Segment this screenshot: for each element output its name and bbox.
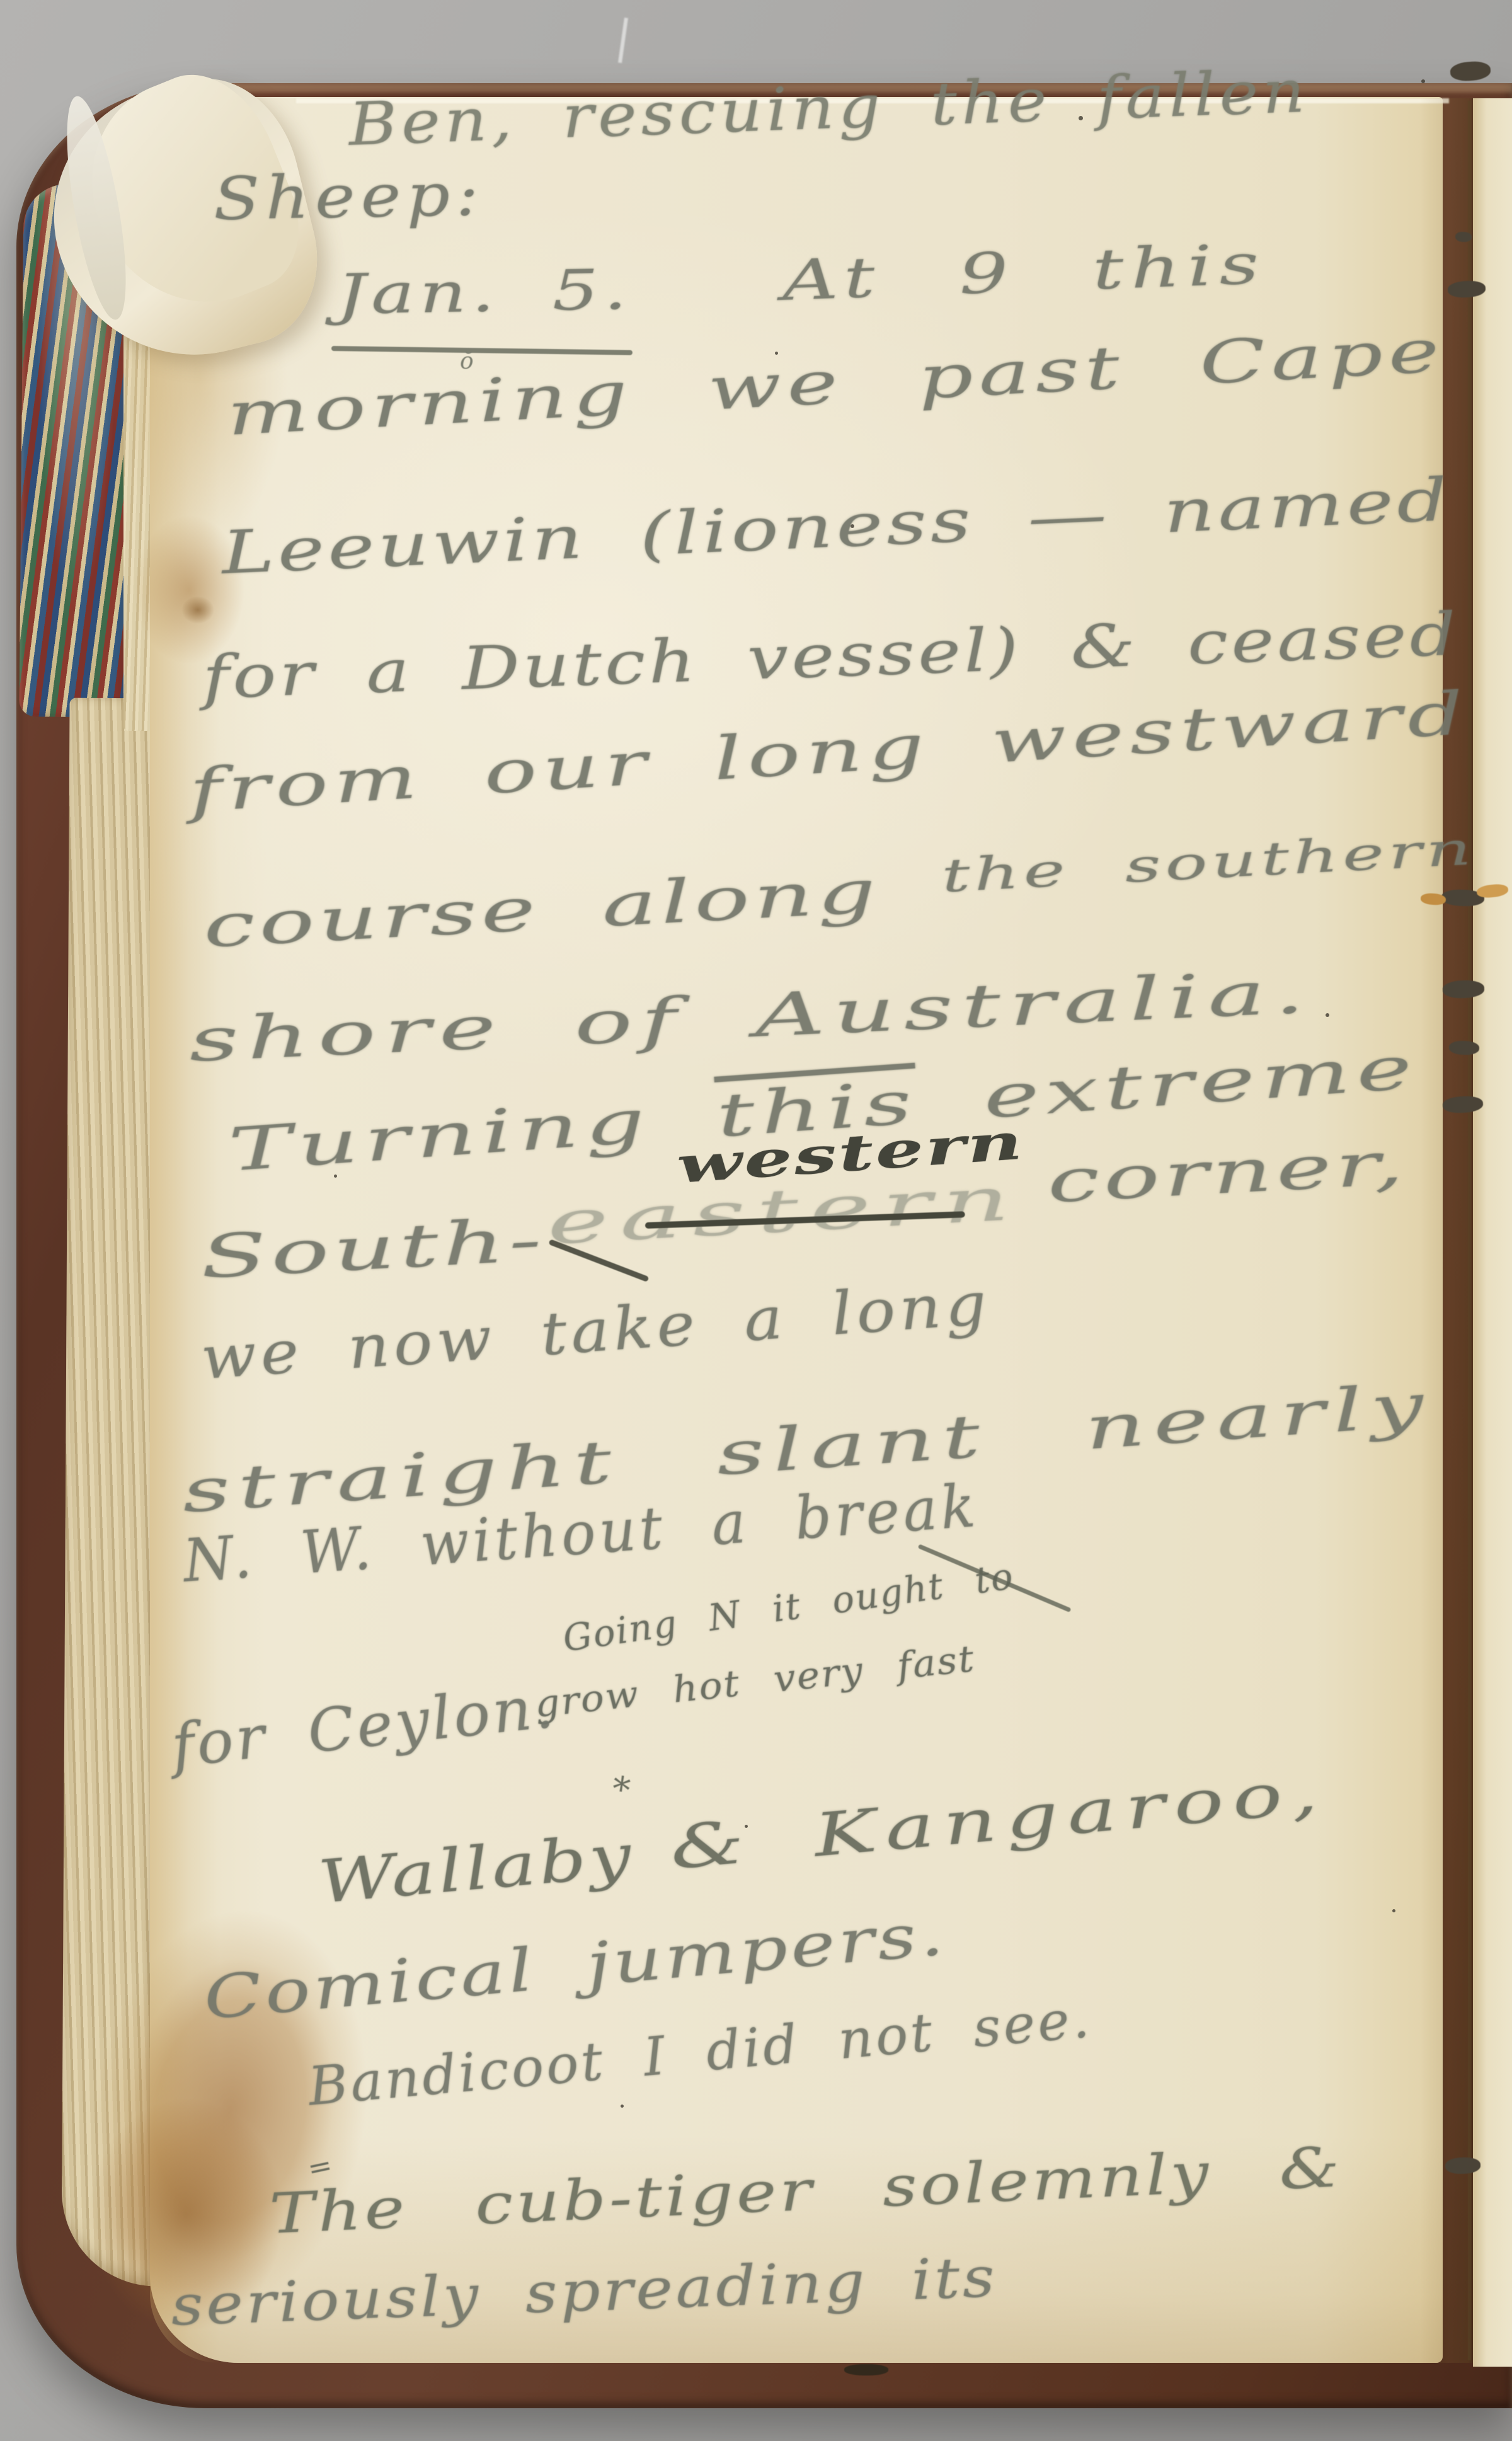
binding-stitch: [844, 2364, 888, 2375]
line-sheep: Sheep:: [213, 165, 484, 229]
asterisk-insertion-mark: ∗: [607, 1764, 636, 1803]
stain-top-left-spot: [181, 596, 214, 624]
paper-speck: [1079, 116, 1083, 120]
binding-stitch: [1450, 60, 1491, 82]
paper-speck: [1421, 79, 1425, 83]
paper-speck: [775, 352, 778, 355]
paper-speck: [850, 524, 854, 528]
paper-speck: [334, 1175, 337, 1178]
paper-speck: [1326, 1013, 1329, 1017]
line-corner: corner,: [1046, 1134, 1409, 1212]
paper-speck: [745, 1825, 748, 1828]
paper-speck: [1392, 1909, 1395, 1912]
stray-o-mark: ŏ: [460, 350, 474, 373]
facing-page-sliver: [1473, 98, 1512, 2367]
line-south: South-: [199, 1210, 547, 1288]
photo-scratch: [618, 18, 628, 63]
line-at-9-this: At 9 this: [781, 236, 1267, 309]
line-jan-5: Jan. 5.: [336, 262, 632, 323]
gutter-crease-line: [1468, 101, 1471, 2360]
gutter-shading: [1420, 98, 1473, 2363]
binding-stitch: [1455, 231, 1472, 242]
paper-speck: [621, 2105, 624, 2108]
binding-stitch: [1449, 1040, 1480, 1055]
notebook-photo: Ben, rescuing the fallenSheep:Jan. 5.At …: [0, 0, 1512, 2441]
